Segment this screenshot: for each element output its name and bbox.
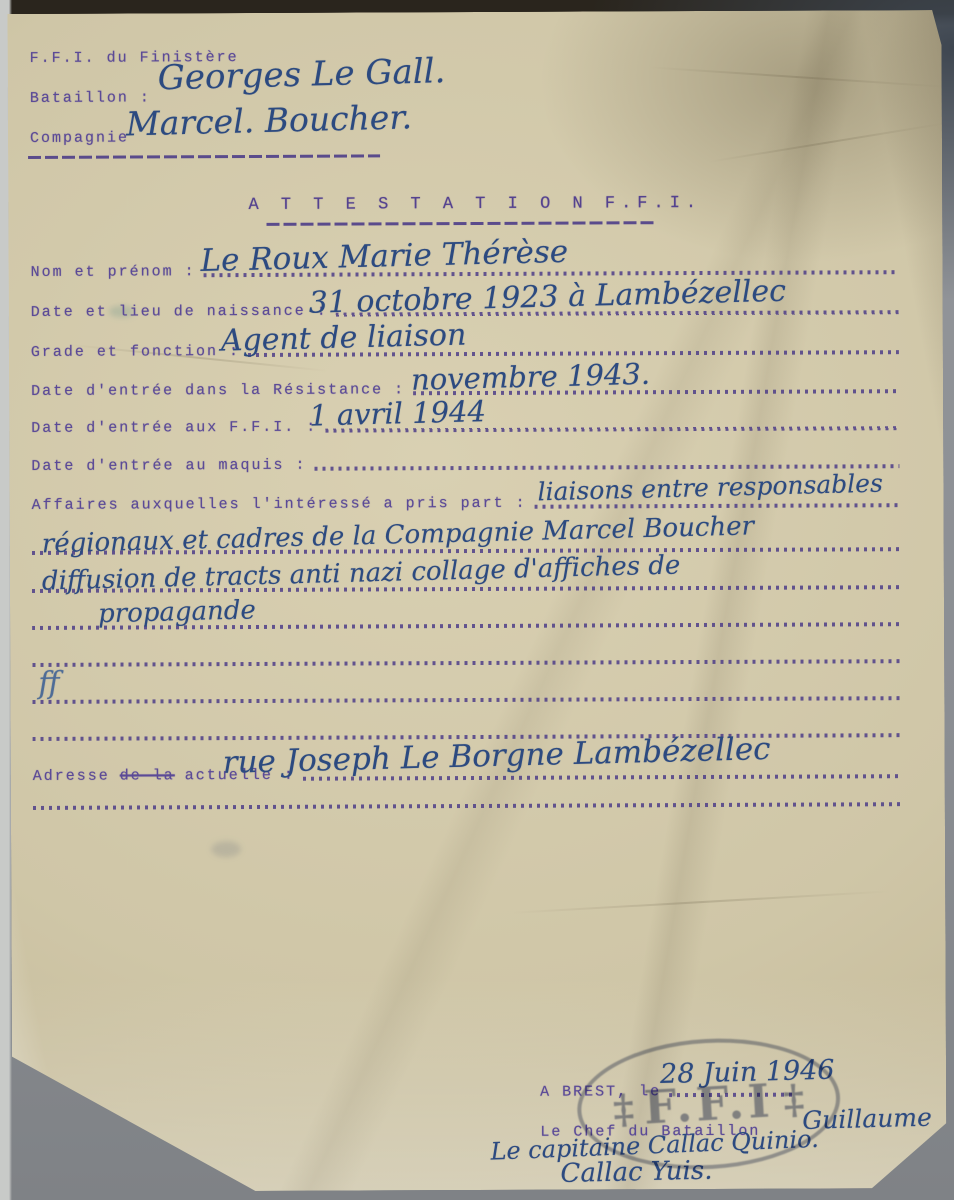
document-title: A T T E S T A T I O N F.F.I. xyxy=(8,193,942,216)
header-underline xyxy=(28,154,380,159)
document-paper: F.F.I. du Finistère Bataillon : Georges … xyxy=(7,10,946,1192)
field-label: Affaires auxquelles l'intéressé a pris p… xyxy=(32,495,527,514)
field-label: Date et lieu de naissance : xyxy=(31,303,328,321)
dotted-line xyxy=(33,802,901,810)
stamp-text: F.F.I xyxy=(642,1073,774,1134)
title-underline xyxy=(266,221,656,226)
field-label: Date d'entrée au maquis : xyxy=(31,457,306,475)
field-value-handwritten: novembre 1943. xyxy=(411,357,651,397)
continuation-handwritten: propagande xyxy=(98,595,257,629)
field-value-handwritten: Agent de liaison xyxy=(220,317,466,358)
battalion-value-handwritten: Georges Le Gall. xyxy=(157,51,446,98)
address-label-struck: de la xyxy=(120,767,175,784)
address-label-prefix: Adresse xyxy=(33,768,110,785)
cross-of-lorraine-icon: ‡ xyxy=(782,1075,806,1123)
ink-smudge xyxy=(211,841,241,857)
paper-crease xyxy=(648,66,947,88)
company-value-handwritten: Marcel. Boucher. xyxy=(125,97,412,143)
field-label: Nom et prénom : xyxy=(31,263,196,281)
ink-mark-handwritten: ff xyxy=(38,666,60,702)
field-label: Date d'entrée aux F.F.I. : xyxy=(31,419,317,437)
company-label: Compagnie xyxy=(30,130,129,147)
paper-crease xyxy=(708,122,945,163)
field-label: Grade et fonction : xyxy=(31,343,240,361)
paper-crease xyxy=(511,890,891,914)
field-value-handwritten: 1 avril 1944 xyxy=(309,394,487,432)
dotted-line xyxy=(32,696,900,704)
dotted-line xyxy=(32,659,900,667)
cross-of-lorraine-icon: ‡ xyxy=(612,1085,636,1133)
